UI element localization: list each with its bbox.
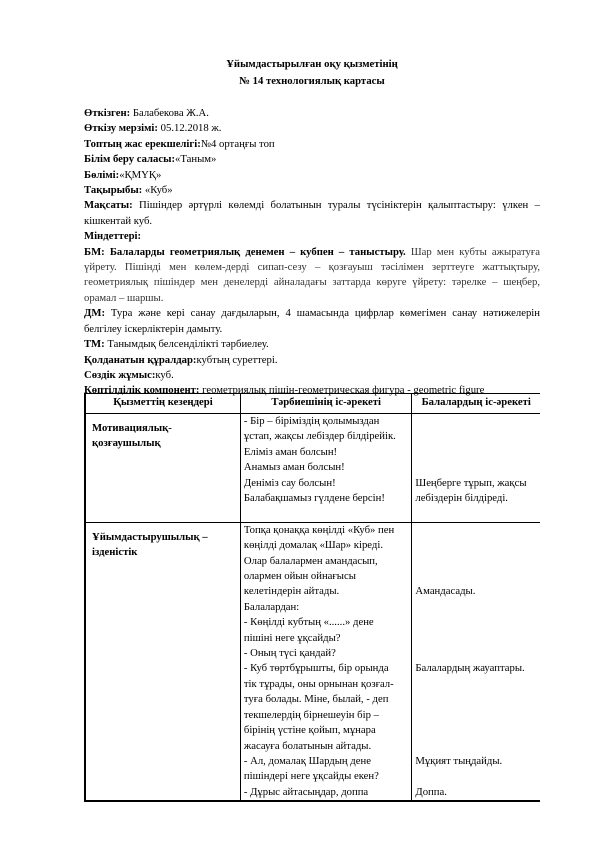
task-tm: ТМ: Танымдық белсенділікті тәрбиелеу.: [84, 337, 540, 352]
teacher-line: пішіндері неге ұқсайды екен?: [244, 769, 409, 784]
meta-value: №4 ортаңғы топ: [201, 138, 275, 150]
teacher-activity-cell: Топқа қонаққа көңілді «Куб» пенкөңілді д…: [240, 522, 412, 801]
cell-spacer: [415, 738, 537, 753]
bm-label: БМ:: [84, 246, 105, 258]
vocab-value: куб.: [155, 369, 173, 381]
bm-bold: Балаларды геометриялық денемен – кубпен …: [105, 246, 406, 258]
cell-spacer: [244, 506, 409, 521]
teacher-line: пішіні неге ұқсайды?: [244, 631, 409, 646]
cell-spacer: [415, 414, 537, 429]
children-line: Амандасады.: [415, 584, 537, 599]
table-row: Ұйымдастырушылық – ізденістікТопқа қонақ…: [85, 522, 540, 801]
teacher-line: олармен ойын ойнағысы: [244, 569, 409, 584]
teacher-activity-cell: - Бір – біріміздің қолымызданұстап, жақс…: [240, 414, 412, 523]
teacher-line: Топқа қонаққа көңілді «Куб» пен: [244, 523, 409, 538]
meta-label: Топтың жас ерекшелігі:: [84, 138, 201, 150]
teacher-line: келетіндерін айтады.: [244, 584, 409, 599]
stage-cell: Ұйымдастырушылық – ізденістік: [85, 522, 240, 801]
dm-label: ДМ:: [84, 307, 105, 319]
children-line: Доппа.: [415, 785, 537, 800]
cell-spacer: [415, 600, 537, 615]
teacher-line: Балабақшамыз гүлдене берсін!: [244, 491, 409, 506]
header-stages: Қызметтің кезеңдері: [85, 394, 240, 414]
meta-line: Өткізу мерзімі: 05.12.2018 ж.: [84, 121, 540, 136]
meta-value: Балабекова Ж.А.: [130, 107, 209, 119]
document-title: Ұйымдастырылған оқу қызметінің № 14 техн…: [84, 56, 540, 90]
title-line-2: № 14 технологиялық картасы: [84, 73, 540, 90]
teacher-line: тік тұрады, оны орнынан қозғал-: [244, 677, 409, 692]
meta-label: Бөлімі:: [84, 169, 119, 181]
meta-line: Топтың жас ерекшелігі:№4 ортаңғы топ: [84, 137, 540, 152]
tasks-label: Міндеттері:: [84, 229, 540, 244]
vocab-label: Сөздік жұмыс:: [84, 369, 155, 381]
meta-label: Өткізу мерзімі:: [84, 122, 158, 134]
children-activity-cell: Амандасады.Балалардың жауаптары.Мұқият т…: [412, 522, 540, 801]
vocabulary: Сөздік жұмыс:куб.: [84, 368, 540, 383]
title-line-1: Ұйымдастырылған оқу қызметінің: [84, 56, 540, 73]
teacher-line: Олар балалармен амандасып,: [244, 554, 409, 569]
teacher-line: - Оның түсі қандай?: [244, 646, 409, 661]
cell-spacer: [415, 523, 537, 538]
cell-spacer: [415, 445, 537, 460]
cell-spacer: [415, 692, 537, 707]
cell-spacer: [415, 708, 537, 723]
cell-spacer: [415, 769, 537, 784]
cell-spacer: [415, 646, 537, 661]
children-line: лебіздерін білдіреді.: [415, 491, 537, 506]
meta-line: Өткізген: Балабекова Ж.А.: [84, 106, 540, 121]
cell-spacer: [415, 615, 537, 630]
teacher-line: бірінің үстіне қойып, мұнара: [244, 723, 409, 738]
teacher-line: - Дұрыс айтасыңдар, доппа: [244, 785, 409, 800]
materials-label: Қолданатын құралдар:: [84, 354, 196, 366]
teacher-line: Деніміз сау болсын!: [244, 476, 409, 491]
task-bm: БМ: Балаларды геометриялық денемен – куб…: [84, 245, 540, 307]
tm-label: ТМ:: [84, 338, 105, 350]
cell-spacer: [415, 554, 537, 569]
header-children: Балалардың іс-әрекеті: [412, 394, 540, 414]
teacher-line: - Көңілді кубтың «......» дене: [244, 615, 409, 630]
meta-line: Бөлімі:«ҚМҮҚ»: [84, 168, 540, 183]
teacher-line: Балалардан:: [244, 600, 409, 615]
teacher-line: текшелердің бірнешеуін бір –: [244, 708, 409, 723]
goal: Мақсаты: Пішіндер әртүрлі көлемді болаты…: [84, 198, 540, 229]
meta-value: «Таным»: [175, 153, 216, 165]
materials-value: кубтың суреттері.: [196, 354, 277, 366]
children-line: Шеңберге тұрып, жақсы: [415, 476, 537, 491]
teacher-line: - Куб төртбұрышты, бір орында: [244, 661, 409, 676]
materials: Қолданатын құралдар:кубтың суреттері.: [84, 353, 540, 368]
meta-label: Білім беру саласы:: [84, 153, 175, 165]
document-page: Ұйымдастырылған оқу қызметінің № 14 техн…: [84, 56, 540, 399]
table-row: Мотивациялық-қозғаушылық- Бір – бірімізд…: [85, 414, 540, 523]
meta-section: Өткізген: Балабекова Ж.А.Өткізу мерзімі:…: [84, 106, 540, 198]
children-activity-cell: Шеңберге тұрып, жақсылебіздерін білдіред…: [412, 414, 540, 523]
teacher-line: туға болады. Міне, былай, - деп: [244, 692, 409, 707]
teacher-line: көңілді домалақ «Шар» кіреді.: [244, 538, 409, 553]
stage-cell: Мотивациялық-қозғаушылық: [85, 414, 240, 523]
meta-label: Өткізген:: [84, 107, 130, 119]
cell-spacer: [415, 538, 537, 553]
table-header-row: Қызметтің кезеңдері Тәрбиешінің іс-әреке…: [85, 394, 540, 414]
meta-value: 05.12.2018 ж.: [158, 122, 222, 134]
cell-spacer: [415, 569, 537, 584]
meta-line: Тақырыбы: «Куб»: [84, 183, 540, 198]
cell-spacer: [415, 429, 537, 444]
meta-value: «ҚМҮҚ»: [119, 169, 161, 181]
goal-label: Мақсаты:: [84, 199, 133, 211]
dm-text: Тура және кері санау дағдыларын, 4 шамас…: [84, 307, 540, 334]
lesson-plan-table: Қызметтің кезеңдері Тәрбиешінің іс-әреке…: [84, 393, 540, 802]
cell-spacer: [415, 631, 537, 646]
children-line: Мұқият тыңдайды.: [415, 754, 537, 769]
teacher-line: - Ал, домалақ Шардың дене: [244, 754, 409, 769]
goal-text: Пішіндер әртүрлі көлемді болатынын турал…: [84, 199, 540, 226]
teacher-line: - Бір – біріміздің қолымыздан: [244, 414, 409, 429]
meta-line: Білім беру саласы:«Таным»: [84, 152, 540, 167]
children-line: Балалардың жауаптары.: [415, 661, 537, 676]
cell-spacer: [415, 723, 537, 738]
cell-spacer: [415, 460, 537, 475]
teacher-line: Анамыз аман болсын!: [244, 460, 409, 475]
cell-spacer: [415, 677, 537, 692]
meta-value: «Куб»: [142, 184, 172, 196]
tm-text: Танымдық белсенділікті тәрбиелеу.: [105, 338, 269, 350]
teacher-line: Еліміз аман болсын!: [244, 445, 409, 460]
meta-label: Тақырыбы:: [84, 184, 142, 196]
teacher-line: жасауға болатынын айтады.: [244, 739, 409, 754]
teacher-line: ұстап, жақсы лебіздер білдірейік.: [244, 429, 409, 444]
header-teacher: Тәрбиешінің іс-әрекеті: [240, 394, 412, 414]
task-dm: ДМ: Тура және кері санау дағдыларын, 4 ш…: [84, 306, 540, 337]
